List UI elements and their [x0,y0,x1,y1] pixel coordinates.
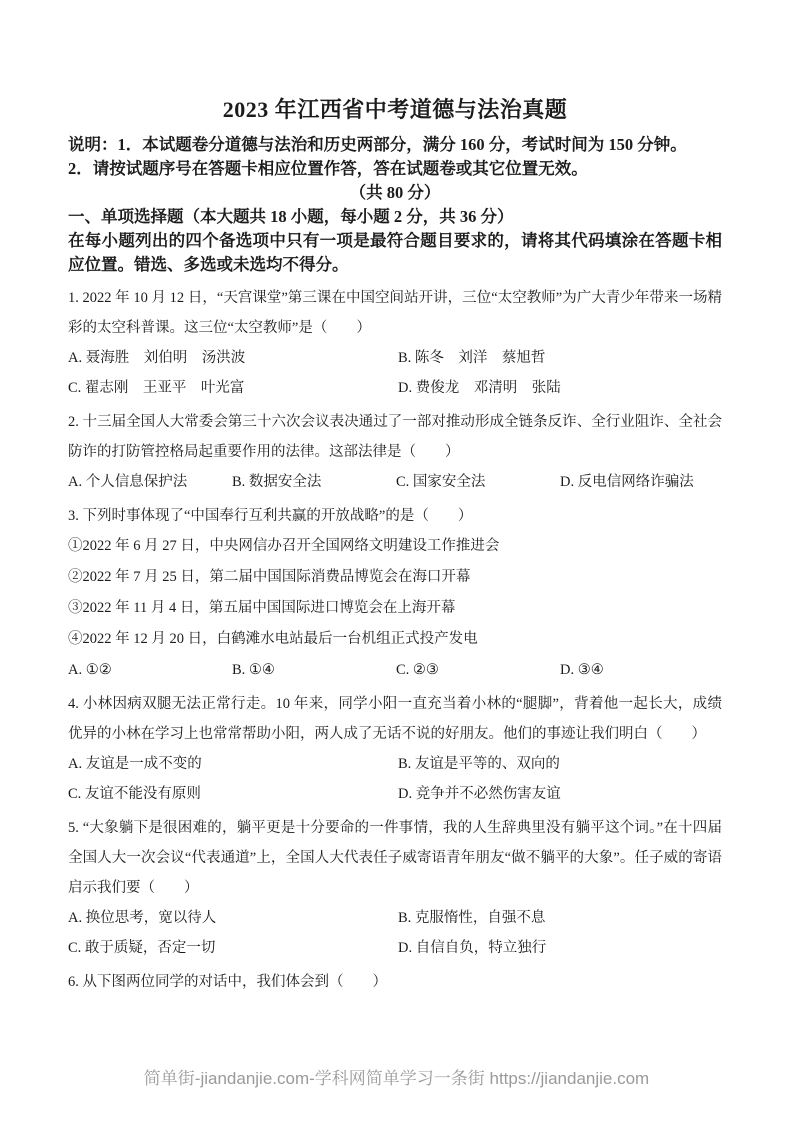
option-a: A. 换位思考，宽以待人 [68,903,398,933]
option-b: B. ①④ [232,655,396,685]
option-a: A. ①② [68,655,232,685]
question-text: 1. 2022 年 10 月 12 日，“天宫课堂”第三课在中国空间站开讲，三位… [68,283,722,343]
question-text: 2. 十三届全国人大常委会第三十六次会议表决通过了一部对推动形成全链条反诈、全行… [68,407,722,467]
option-c: C. 翟志刚 王亚平 叶光富 [68,373,398,403]
total-score-line: （共 80 分） [68,181,722,205]
options-grid: A. ①②B. ①④C. ②③D. ③④ [68,655,722,685]
question: 4. 小林因病双腿无法正常行走。10 年来，同学小阳一直充当着小林的“腿脚”，背… [68,689,722,809]
option-d: D. 自信自负，特立独行 [398,933,722,963]
option-c: C. 友谊不能没有原则 [68,779,398,809]
watermark-footer: 简单街-jiandanjie.com-学科网简单学习一条街 https://ji… [0,1066,793,1092]
option-c: C. 敢于质疑，否定一切 [68,933,398,963]
option-c: C. 国家安全法 [396,467,560,497]
options-grid: A. 友谊是一成不变的B. 友谊是平等的、双向的C. 友谊不能没有原则D. 竞争… [68,749,722,809]
option-c: C. ②③ [396,655,560,685]
option-b: B. 数据安全法 [232,467,396,497]
option-d: D. 竞争并不必然伤害友谊 [398,779,722,809]
page-title: 2023 年江西省中考道德与法治真题 [68,96,722,123]
option-a: A. 个人信息保护法 [68,467,232,497]
question: 3. 下列时事体现了“中国奉行互利共赢的开放战略”的是（ ）①2022 年 6 … [68,501,722,685]
options-grid: A. 换位思考，宽以待人B. 克服惰性，自强不息C. 敢于质疑，否定一切D. 自… [68,903,722,963]
notice-line-2: 2．请按试题序号在答题卡相应位置作答，答在试题卷或其它位置无效。 [68,157,722,181]
option-d: D. 反电信网络诈骗法 [560,467,722,497]
question-subitem: ④2022 年 12 月 20 日，白鹤滩水电站最后一台机组正式投产发电 [68,624,722,655]
options-grid: A. 个人信息保护法B. 数据安全法C. 国家安全法D. 反电信网络诈骗法 [68,467,722,497]
notice-line-1: 说明：1．本试题卷分道德与法治和历史两部分，满分 160 分，考试时间为 150… [68,133,722,157]
option-d: D. ③④ [560,655,722,685]
option-b: B. 友谊是平等的、双向的 [398,749,722,779]
question-text: 4. 小林因病双腿无法正常行走。10 年来，同学小阳一直充当着小林的“腿脚”，背… [68,689,722,749]
question: 6. 从下图两位同学的对话中，我们体会到（ ） [68,967,722,997]
question-text: 6. 从下图两位同学的对话中，我们体会到（ ） [68,967,722,997]
option-b: B. 克服惰性，自强不息 [398,903,722,933]
options-grid: A. 聂海胜 刘伯明 汤洪波B. 陈冬 刘洋 蔡旭哲C. 翟志刚 王亚平 叶光富… [68,343,722,403]
option-a: A. 友谊是一成不变的 [68,749,398,779]
question: 5. “大象躺下是很困难的，躺平更是十分要命的一件事情，我的人生辞典里没有躺平这… [68,813,722,963]
question-subitem: ③2022 年 11 月 4 日，第五届中国国际进口博览会在上海开幕 [68,593,722,624]
question-subitem: ①2022 年 6 月 27 日，中央网信办召开全国网络文明建设工作推进会 [68,531,722,562]
question: 2. 十三届全国人大常委会第三十六次会议表决通过了一部对推动形成全链条反诈、全行… [68,407,722,497]
questions-list: 1. 2022 年 10 月 12 日，“天宫课堂”第三课在中国空间站开讲，三位… [68,283,722,997]
question-subitem: ②2022 年 7 月 25 日，第二届中国国际消费品博览会在海口开幕 [68,562,722,593]
option-a: A. 聂海胜 刘伯明 汤洪波 [68,343,398,373]
question-text: 5. “大象躺下是很困难的，躺平更是十分要命的一件事情，我的人生辞典里没有躺平这… [68,813,722,903]
question: 1. 2022 年 10 月 12 日，“天宫课堂”第三课在中国空间站开讲，三位… [68,283,722,403]
section-title: 一、单项选择题（本大题共 18 小题，每小题 2 分，共 36 分） [68,205,722,229]
option-b: B. 陈冬 刘洋 蔡旭哲 [398,343,722,373]
exam-paper-page: 2023 年江西省中考道德与法治真题 说明：1．本试题卷分道德与法治和历史两部分… [0,0,793,1122]
question-text: 3. 下列时事体现了“中国奉行互利共赢的开放战略”的是（ ） [68,501,722,531]
section-intro: 在每小题列出的四个备选项中只有一项是最符合题目要求的，请将其代码填涂在答题卡相应… [68,229,722,277]
notice-block: 说明：1．本试题卷分道德与法治和历史两部分，满分 160 分，考试时间为 150… [68,133,722,277]
option-d: D. 费俊龙 邓清明 张陆 [398,373,722,403]
